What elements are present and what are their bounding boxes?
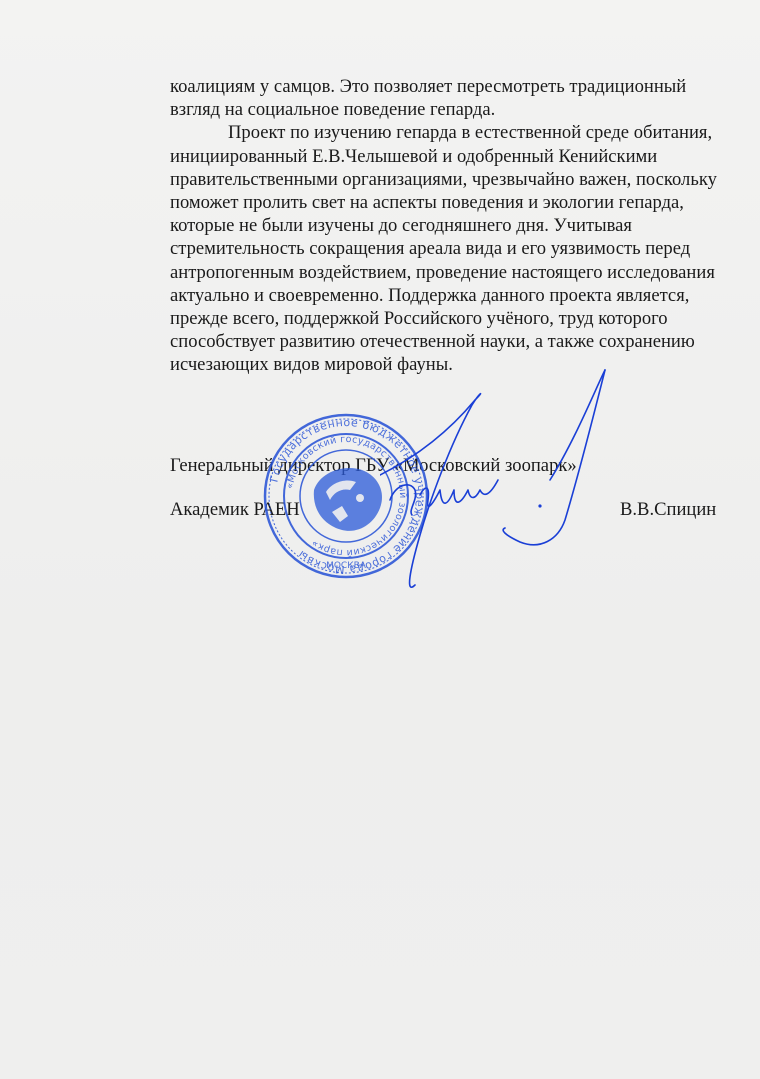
signatory-name: В.В.Спицин — [620, 499, 716, 521]
text-line: поможет пролить свет на аспекты поведени… — [170, 191, 745, 214]
letter-body: коалициям у самцов. Это позволяет пересм… — [170, 75, 745, 377]
text-line: актуально и своевременно. Поддержка данн… — [170, 284, 745, 307]
handwritten-signature-icon — [380, 360, 620, 600]
text-line: которые не были изучены до сегодняшнего … — [170, 214, 745, 237]
text-line: способствует развитию отечественной наук… — [170, 330, 745, 353]
text-line: стремительность сокращения ареала вида и… — [170, 237, 745, 260]
text-line: Проект по изучению гепарда в естественно… — [170, 121, 745, 144]
text-line: коалициям у самцов. Это позволяет пересм… — [170, 75, 745, 98]
document-page: коалициям у самцов. Это позволяет пересм… — [0, 0, 760, 1079]
text-line: взгляд на социальное поведение гепарда. — [170, 98, 745, 121]
text-line: прежде всего, поддержкой Российского учё… — [170, 307, 745, 330]
svg-text:МОСКВА: МОСКВА — [326, 561, 367, 571]
text-line: антропогенным воздействием, проведение н… — [170, 261, 745, 284]
text-line: правительственными организациями, чрезвы… — [170, 168, 745, 191]
text-line: инициированный Е.В.Челышевой и одобренны… — [170, 145, 745, 168]
